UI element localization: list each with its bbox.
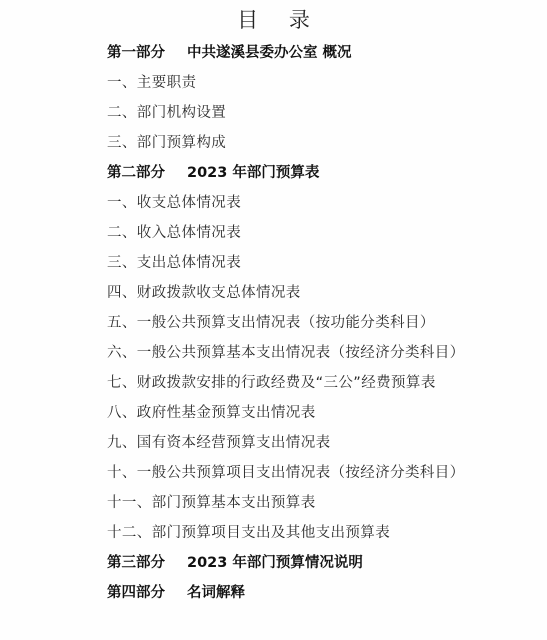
toc-title: 目 录 bbox=[0, 6, 547, 34]
toc-item-table-9[interactable]: 九、国有资本经营预算支出情况表 bbox=[107, 428, 465, 458]
toc-item-table-7[interactable]: 七、财政拨款安排的行政经费及“三公”经费预算表 bbox=[107, 368, 465, 398]
toc-item-org-setup[interactable]: 二、部门机构设置 bbox=[107, 98, 465, 128]
part-title: 2023 年部门预算表 bbox=[187, 165, 319, 181]
toc-item-table-11[interactable]: 十一、部门预算基本支出预算表 bbox=[107, 488, 465, 518]
toc-item-table-4[interactable]: 四、财政拨款收支总体情况表 bbox=[107, 278, 465, 308]
toc-part-4[interactable]: 第四部分名词解释 bbox=[107, 578, 465, 608]
part-number: 第一部分 bbox=[107, 45, 165, 61]
toc-item-table-8[interactable]: 八、政府性基金预算支出情况表 bbox=[107, 398, 465, 428]
toc-item-table-1[interactable]: 一、收支总体情况表 bbox=[107, 188, 465, 218]
toc-item-table-6[interactable]: 六、一般公共预算基本支出情况表（按经济分类科目） bbox=[107, 338, 465, 368]
part-number: 第二部分 bbox=[107, 165, 165, 181]
toc-item-table-10[interactable]: 十、一般公共预算项目支出情况表（按经济分类科目） bbox=[107, 458, 465, 488]
toc-item-table-2[interactable]: 二、收入总体情况表 bbox=[107, 218, 465, 248]
toc-item-table-12[interactable]: 十二、部门预算项目支出及其他支出预算表 bbox=[107, 518, 465, 548]
toc-part-3[interactable]: 第三部分2023 年部门预算情况说明 bbox=[107, 548, 465, 578]
toc-item-table-3[interactable]: 三、支出总体情况表 bbox=[107, 248, 465, 278]
part-number: 第四部分 bbox=[107, 585, 165, 601]
document-page: 目 录 第一部分中共遂溪县委办公室 概况 一、主要职责 二、部门机构设置 三、部… bbox=[0, 0, 547, 640]
part-title: 名词解释 bbox=[187, 585, 245, 601]
toc-item-main-duties[interactable]: 一、主要职责 bbox=[107, 68, 465, 98]
toc-part-2[interactable]: 第二部分2023 年部门预算表 bbox=[107, 158, 465, 188]
table-of-contents: 第一部分中共遂溪县委办公室 概况 一、主要职责 二、部门机构设置 三、部门预算构… bbox=[107, 38, 465, 608]
toc-part-1[interactable]: 第一部分中共遂溪县委办公室 概况 bbox=[107, 38, 465, 68]
part-title: 2023 年部门预算情况说明 bbox=[187, 555, 363, 571]
part-number: 第三部分 bbox=[107, 555, 165, 571]
toc-item-budget-composition[interactable]: 三、部门预算构成 bbox=[107, 128, 465, 158]
part-title: 中共遂溪县委办公室 概况 bbox=[187, 45, 352, 61]
toc-item-table-5[interactable]: 五、一般公共预算支出情况表（按功能分类科目） bbox=[107, 308, 465, 338]
